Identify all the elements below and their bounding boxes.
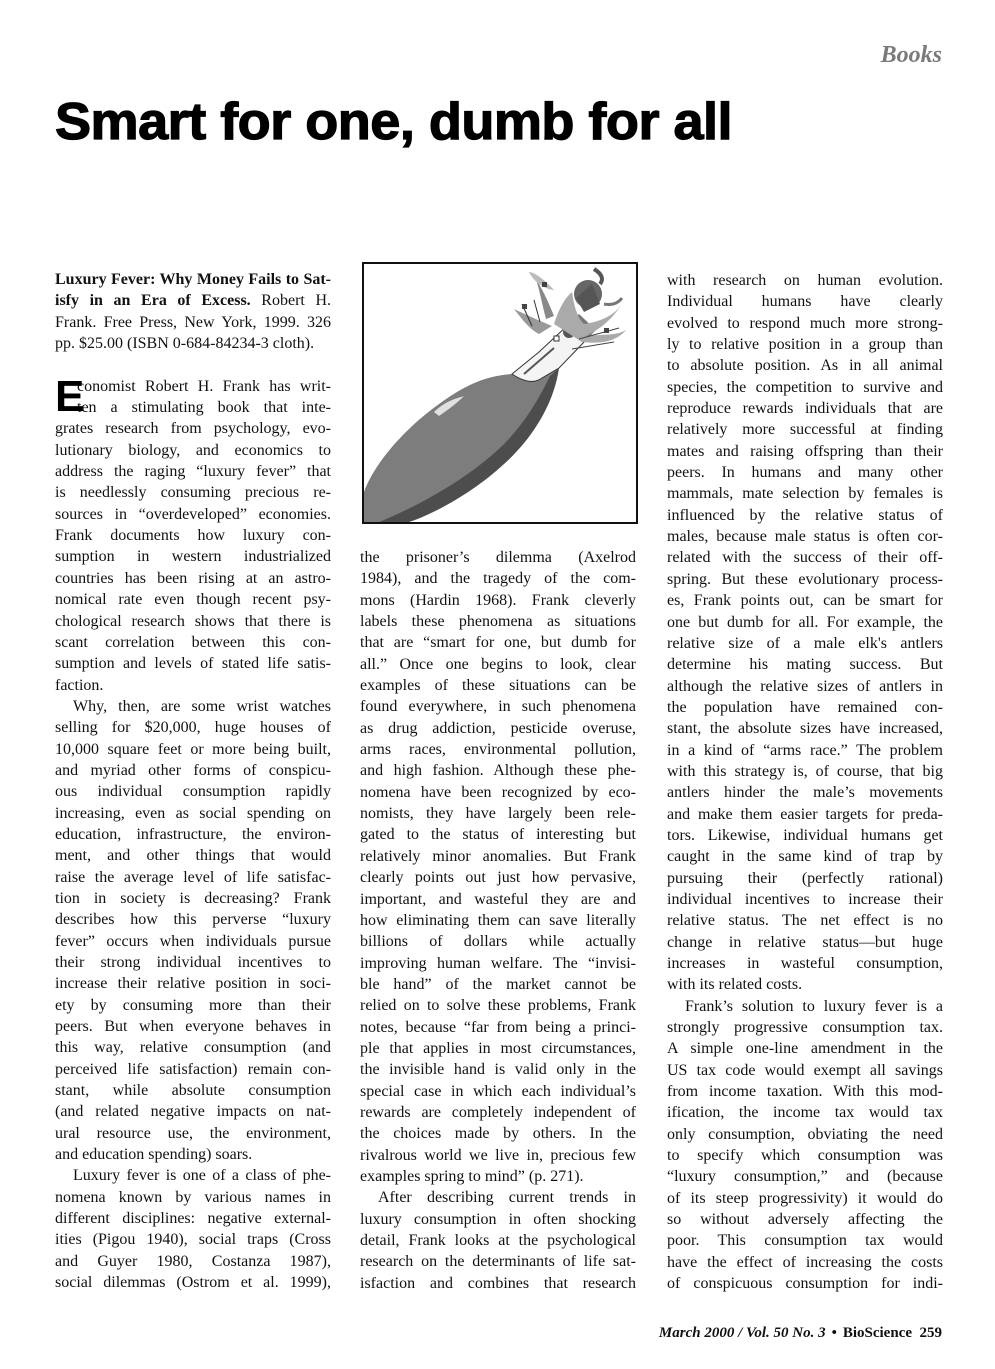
text-line: influenced by the relative status of bbox=[667, 505, 943, 526]
text-line: examples of these situations can be bbox=[360, 675, 636, 696]
citation-line: isfy in an Era of Excess. Robert H. bbox=[55, 290, 331, 311]
left-column: Luxury Fever: Why Money Fails to Sat- is… bbox=[55, 269, 331, 1294]
text-line: the invisible hand is valid only in the bbox=[360, 1059, 636, 1080]
text-line: pursuing their (perfectly rational) bbox=[667, 868, 943, 889]
text-line: gated to the status of interesting but bbox=[360, 824, 636, 845]
page-number: 259 bbox=[920, 1325, 943, 1341]
text-line: selling for $20,000, huge houses of bbox=[55, 717, 331, 738]
text-line: and Guyer 1980, Costanza 1987), bbox=[55, 1251, 331, 1272]
text-line: found everywhere, in such phenomena bbox=[360, 696, 636, 717]
text-line: clearly points out just how pervasive, bbox=[360, 867, 636, 888]
text-line: all.” Once one begins to look, clear bbox=[360, 654, 636, 675]
page-footer: March 2000 / Vol. 50 No. 3•BioScience 25… bbox=[659, 1325, 942, 1342]
text-line: males, because male status is often cor- bbox=[667, 526, 943, 547]
text-line: nomena known by various names in bbox=[55, 1187, 331, 1208]
text-line: nomical rate even though recent psy- bbox=[55, 589, 331, 610]
text-line: increasing, even as social spending on bbox=[55, 803, 331, 824]
text-line: 1984), and the tragedy of the com- bbox=[360, 568, 636, 589]
text-line: notes, because “far from being a princi- bbox=[360, 1017, 636, 1038]
text-line: research on the determinants of life sat… bbox=[360, 1251, 636, 1272]
text-line: rewards are completely independent of bbox=[360, 1102, 636, 1123]
footer-bullet: • bbox=[832, 1325, 837, 1341]
text-line: is needlessly consuming precious re- bbox=[55, 482, 331, 503]
middle-column: the prisoner’s dilemma (Axelrod1984), an… bbox=[360, 547, 636, 1294]
text-line: and make them easier targets for preda- bbox=[667, 804, 943, 825]
text-line: peers. In humans and many other bbox=[667, 462, 943, 483]
text-line: have the effect of increasing the costs bbox=[667, 1252, 943, 1273]
text-line: poor. This consumption tax would bbox=[667, 1230, 943, 1251]
text-line: A simple one-line amendment in the bbox=[667, 1038, 943, 1059]
book-citation: Luxury Fever: Why Money Fails to Sat- is… bbox=[55, 269, 331, 354]
text-line: to specify which consumption was bbox=[667, 1145, 943, 1166]
text-line: relative size of a male elk's antlers bbox=[667, 633, 943, 654]
drop-cap: E bbox=[55, 380, 84, 414]
body-left: E conomist Robert H. Frank has writ-ten … bbox=[55, 376, 331, 1294]
text-line: and myriad other forms of conspicu- bbox=[55, 760, 331, 781]
text-line: antlers hinder the male’s movements bbox=[667, 782, 943, 803]
text-line: determine his mating success. But bbox=[667, 654, 943, 675]
text-line: increases in wasteful consumption, bbox=[667, 953, 943, 974]
text-line: of conspicuous consumption for indi- bbox=[667, 1273, 943, 1294]
text-line: reproduce rewards individuals that are bbox=[667, 398, 943, 419]
text-line: so without adversely affecting the bbox=[667, 1209, 943, 1230]
text-line: 10,000 square feet or more being built, bbox=[55, 739, 331, 760]
text-line: of its steep progressivity) it would do bbox=[667, 1188, 943, 1209]
text-line: only consumption, obviating the need bbox=[667, 1124, 943, 1145]
spacer bbox=[55, 354, 331, 375]
text-line: ous individual consumption rapidly bbox=[55, 781, 331, 802]
text-line: this way, relative consumption (and bbox=[55, 1037, 331, 1058]
right-column: with research on human evolution.Individ… bbox=[667, 270, 943, 1295]
text-line: relied on to solve these problems, Frank bbox=[360, 995, 636, 1016]
text-line: individual incentives to increase their bbox=[667, 889, 943, 910]
text-line: their strong individual incentives to bbox=[55, 952, 331, 973]
text-line: tors. Likewise, individual humans get bbox=[667, 825, 943, 846]
text-line: related with the success of their off- bbox=[667, 547, 943, 568]
text-line: rivalrous world we live in, precious few bbox=[360, 1145, 636, 1166]
text-line: fever” occurs when individuals pursue bbox=[55, 931, 331, 952]
text-line: scant correlation between this con- bbox=[55, 632, 331, 653]
text-line: the choices made by others. In the bbox=[360, 1123, 636, 1144]
text-line: sumption and levels of stated life satis… bbox=[55, 653, 331, 674]
text-line: ety by consuming more than their bbox=[55, 995, 331, 1016]
text-line: mates and raising offspring than their bbox=[667, 441, 943, 462]
citation-line: Frank. Free Press, New York, 1999. 326 bbox=[55, 312, 331, 333]
text-line: relatively more successful at finding bbox=[667, 419, 943, 440]
text-line: in a kind of “arms race.” The problem bbox=[667, 740, 943, 761]
text-line: countries has been rising at an astro- bbox=[55, 568, 331, 589]
text-line: billions of dollars while actually bbox=[360, 931, 636, 952]
text-line: After describing current trends in bbox=[360, 1187, 636, 1208]
text-line: relatively minor anomalies. But Frank bbox=[360, 846, 636, 867]
text-line: US tax code would exempt all savings bbox=[667, 1060, 943, 1081]
text-line: lutionary biology, and economics to bbox=[55, 440, 331, 461]
text-line: nomena have been recognized by eco- bbox=[360, 782, 636, 803]
journal-name: BioScience bbox=[843, 1325, 912, 1341]
text-line: with its related costs. bbox=[667, 974, 943, 995]
text-line: spring. But these evolutionary process- bbox=[667, 569, 943, 590]
text-line: with research on human evolution. bbox=[667, 270, 943, 291]
text-line: Frank’s solution to luxury fever is a bbox=[667, 996, 943, 1017]
text-line: chological research shows that there is bbox=[55, 611, 331, 632]
text-line: as drug addiction, pesticide overuse, bbox=[360, 718, 636, 739]
text-line: perceived life satisfaction) remain con- bbox=[55, 1059, 331, 1080]
text-line: species, the competition to survive and bbox=[667, 377, 943, 398]
champagne-bottle-icon bbox=[364, 264, 636, 522]
text-line: from income taxation. With this mod- bbox=[667, 1081, 943, 1102]
text-line: improving human welfare. The “invisi- bbox=[360, 953, 636, 974]
text-line: ble hand” of the market cannot be bbox=[360, 974, 636, 995]
text-line: ural resource use, the environment, bbox=[55, 1123, 331, 1144]
text-line: ment, and other things that would bbox=[55, 845, 331, 866]
text-line: sumption in western industrialized bbox=[55, 546, 331, 567]
text-line: examples spring to mind” (p. 271). bbox=[360, 1166, 636, 1187]
text-line: different disciplines: negative external… bbox=[55, 1208, 331, 1229]
text-line: ly to relative position in a group than bbox=[667, 334, 943, 355]
champagne-bottle-illustration bbox=[362, 262, 638, 524]
text-line: luxury consumption in often shocking bbox=[360, 1209, 636, 1230]
text-line: tion in society is decreasing? Frank bbox=[55, 888, 331, 909]
text-line: although the relative sizes of antlers i… bbox=[667, 676, 943, 697]
article-headline: Smart for one, dumb for all bbox=[55, 92, 732, 152]
text-line: and education spending) soars. bbox=[55, 1144, 331, 1165]
text-line: raise the average level of life satisfac… bbox=[55, 867, 331, 888]
text-line: describes how this perverse “luxury bbox=[55, 909, 331, 930]
text-line: education, infrastructure, the environ- bbox=[55, 824, 331, 845]
text-line: Why, then, are some wrist watches bbox=[55, 696, 331, 717]
citation-author-part: Robert H. bbox=[251, 292, 331, 309]
text-line: ple that applies in most circumstances, bbox=[360, 1038, 636, 1059]
text-line: how eliminating them can save literally bbox=[360, 910, 636, 931]
text-line: es, Frank points out, can be smart for bbox=[667, 590, 943, 611]
text-line: increase their relative position in soci… bbox=[55, 973, 331, 994]
text-line: change in relative status—but huge bbox=[667, 932, 943, 953]
text-line: Frank documents how luxury con- bbox=[55, 525, 331, 546]
text-line: social dilemmas (Ostrom et al. 1999), bbox=[55, 1272, 331, 1293]
text-line: evolved to respond much more strong- bbox=[667, 313, 943, 334]
text-line: stant, while absolute consumption bbox=[55, 1080, 331, 1101]
citation-line: pp. $25.00 (ISBN 0-684-84234-3 cloth). bbox=[55, 333, 331, 354]
text-line: ification, the income tax would tax bbox=[667, 1102, 943, 1123]
citation-title-part: isfy in an Era of Excess. bbox=[55, 292, 251, 309]
text-line: peers. But when everyone behaves in bbox=[55, 1016, 331, 1037]
text-line: with this strategy is, of course, that b… bbox=[667, 761, 943, 782]
text-line: arms races, environmental pollution, bbox=[360, 739, 636, 760]
text-line: Individual humans have clearly bbox=[667, 291, 943, 312]
section-label: Books bbox=[881, 42, 942, 69]
text-line: stant, the absolute sizes have increased… bbox=[667, 718, 943, 739]
text-line: address the raging “luxury fever” that bbox=[55, 461, 331, 482]
text-line: detail, Frank looks at the psychological bbox=[360, 1230, 636, 1251]
text-line: Luxury fever is one of a class of phe- bbox=[55, 1165, 331, 1186]
text-line: “luxury consumption,” and (because bbox=[667, 1166, 943, 1187]
text-line: nomists, they have largely been rele- bbox=[360, 803, 636, 824]
text-line: conomist Robert H. Frank has writ- bbox=[55, 376, 331, 397]
text-line: relative status. The net effect is no bbox=[667, 910, 943, 931]
text-line: the population have remained con- bbox=[667, 697, 943, 718]
citation-line: Luxury Fever: Why Money Fails to Sat- bbox=[55, 269, 331, 290]
issue-info: March 2000 / Vol. 50 No. 3 bbox=[659, 1325, 826, 1341]
text-line: (and related negative impacts on nat- bbox=[55, 1101, 331, 1122]
text-line: one but dumb for all. For example, the bbox=[667, 612, 943, 633]
text-line: ten a stimulating book that inte- bbox=[55, 397, 331, 418]
text-line: grates research from psychology, evo- bbox=[55, 418, 331, 439]
text-line: faction. bbox=[55, 675, 331, 696]
text-line: mons (Hardin 1968). Frank cleverly bbox=[360, 590, 636, 611]
text-line: special case in which each individual’s bbox=[360, 1081, 636, 1102]
text-line: mammals, mate selection by females is bbox=[667, 483, 943, 504]
text-line: caught in the same kind of trap by bbox=[667, 846, 943, 867]
text-line: ities (Pigou 1940), social traps (Cross bbox=[55, 1229, 331, 1250]
text-line: that are “smart for one, but dumb for bbox=[360, 632, 636, 653]
text-line: isfaction and combines that research bbox=[360, 1273, 636, 1294]
text-line: labels these phenomena as situations bbox=[360, 611, 636, 632]
text-line: strongly progressive consumption tax. bbox=[667, 1017, 943, 1038]
text-line: to absolute position. As in all animal bbox=[667, 355, 943, 376]
text-line: sources in “overdeveloped” economies. bbox=[55, 504, 331, 525]
text-line: the prisoner’s dilemma (Axelrod bbox=[360, 547, 636, 568]
text-line: important, and wasteful they are and bbox=[360, 889, 636, 910]
text-line: and high fashion. Although these phe- bbox=[360, 760, 636, 781]
